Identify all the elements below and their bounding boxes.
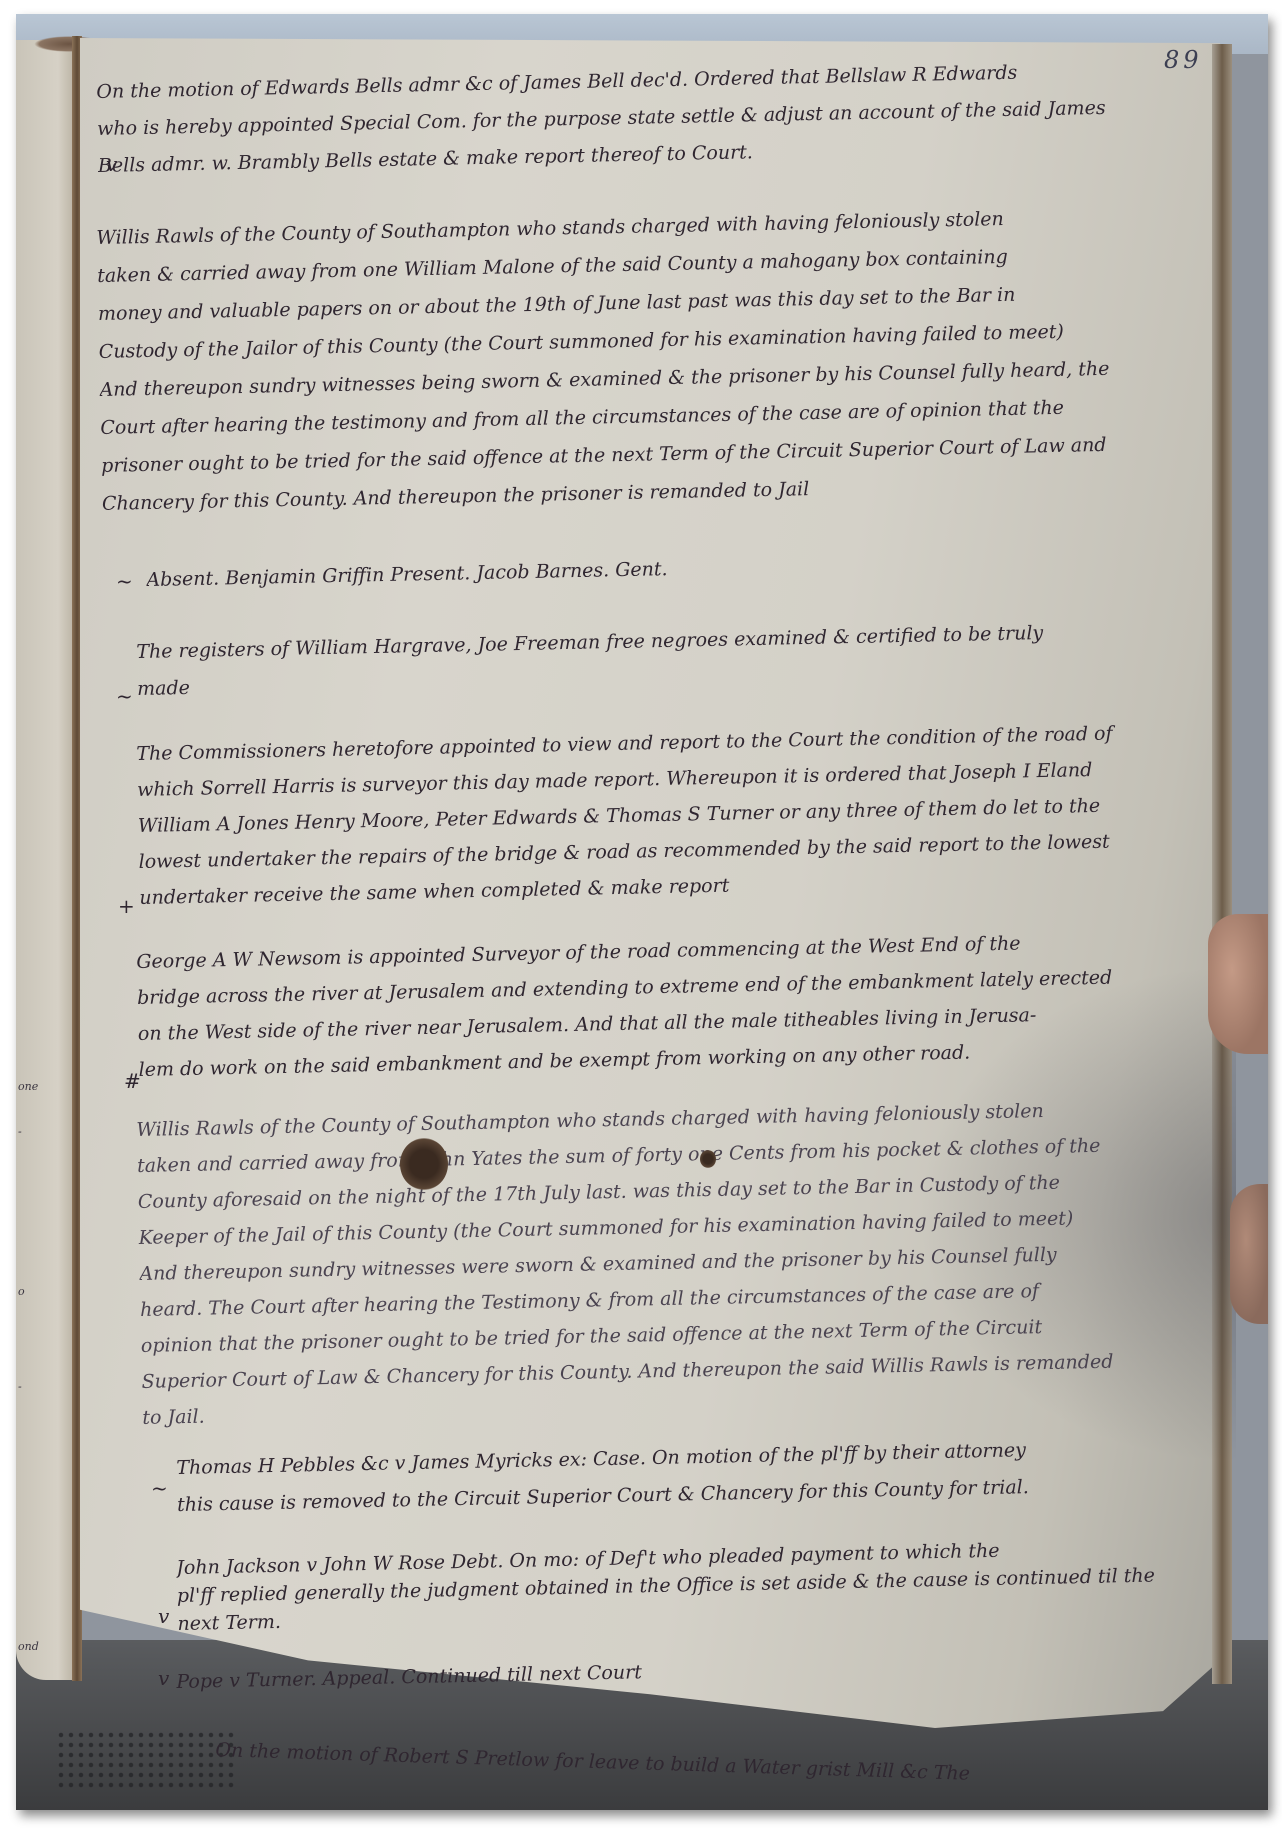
photo-frame: one - o - ond 89 On the motion of Edward… bbox=[16, 14, 1268, 1810]
entry-edwards-bells-motion: On the motion of Edwards Bells admr &c o… bbox=[96, 51, 1178, 185]
margin-plus-mark: + bbox=[118, 894, 135, 918]
holding-finger bbox=[1230, 1184, 1268, 1324]
ink-blot-large bbox=[400, 1138, 448, 1190]
left-page-edge: one - o - ond bbox=[16, 40, 76, 1680]
left-margin-fragment: one bbox=[18, 1080, 38, 1093]
margin-check-mark: v bbox=[158, 1604, 169, 1628]
ink-blot-small bbox=[700, 1150, 716, 1168]
entry-willis-rawls-yates: Willis Rawls of the County of Southampto… bbox=[136, 1089, 1223, 1436]
margin-dash-mark: ~ bbox=[116, 684, 133, 708]
entry-commissioners-road-report: The Commissioners heretofore appointed t… bbox=[136, 713, 1220, 916]
margin-dash-mark: ~ bbox=[116, 569, 133, 593]
margin-check-mark: v bbox=[106, 152, 117, 176]
margin-dash-mark: ~ bbox=[151, 1476, 168, 1500]
entry-george-newsom-surveyor: George A W Newsom is appointed Surveyor … bbox=[136, 921, 1219, 1088]
margin-hash-mark: # bbox=[124, 1069, 141, 1093]
entry-willis-rawls-malone: Willis Rawls of the County of Southampto… bbox=[96, 196, 1182, 523]
left-margin-fragment: o bbox=[18, 1285, 25, 1298]
left-margin-fragment: - bbox=[18, 1125, 22, 1138]
table-pattern bbox=[56, 1730, 236, 1790]
margin-check-mark: v bbox=[158, 1666, 169, 1690]
left-margin-fragment: - bbox=[18, 1380, 22, 1393]
holding-thumb bbox=[1208, 914, 1268, 1054]
left-margin-fragment: ond bbox=[18, 1640, 39, 1653]
